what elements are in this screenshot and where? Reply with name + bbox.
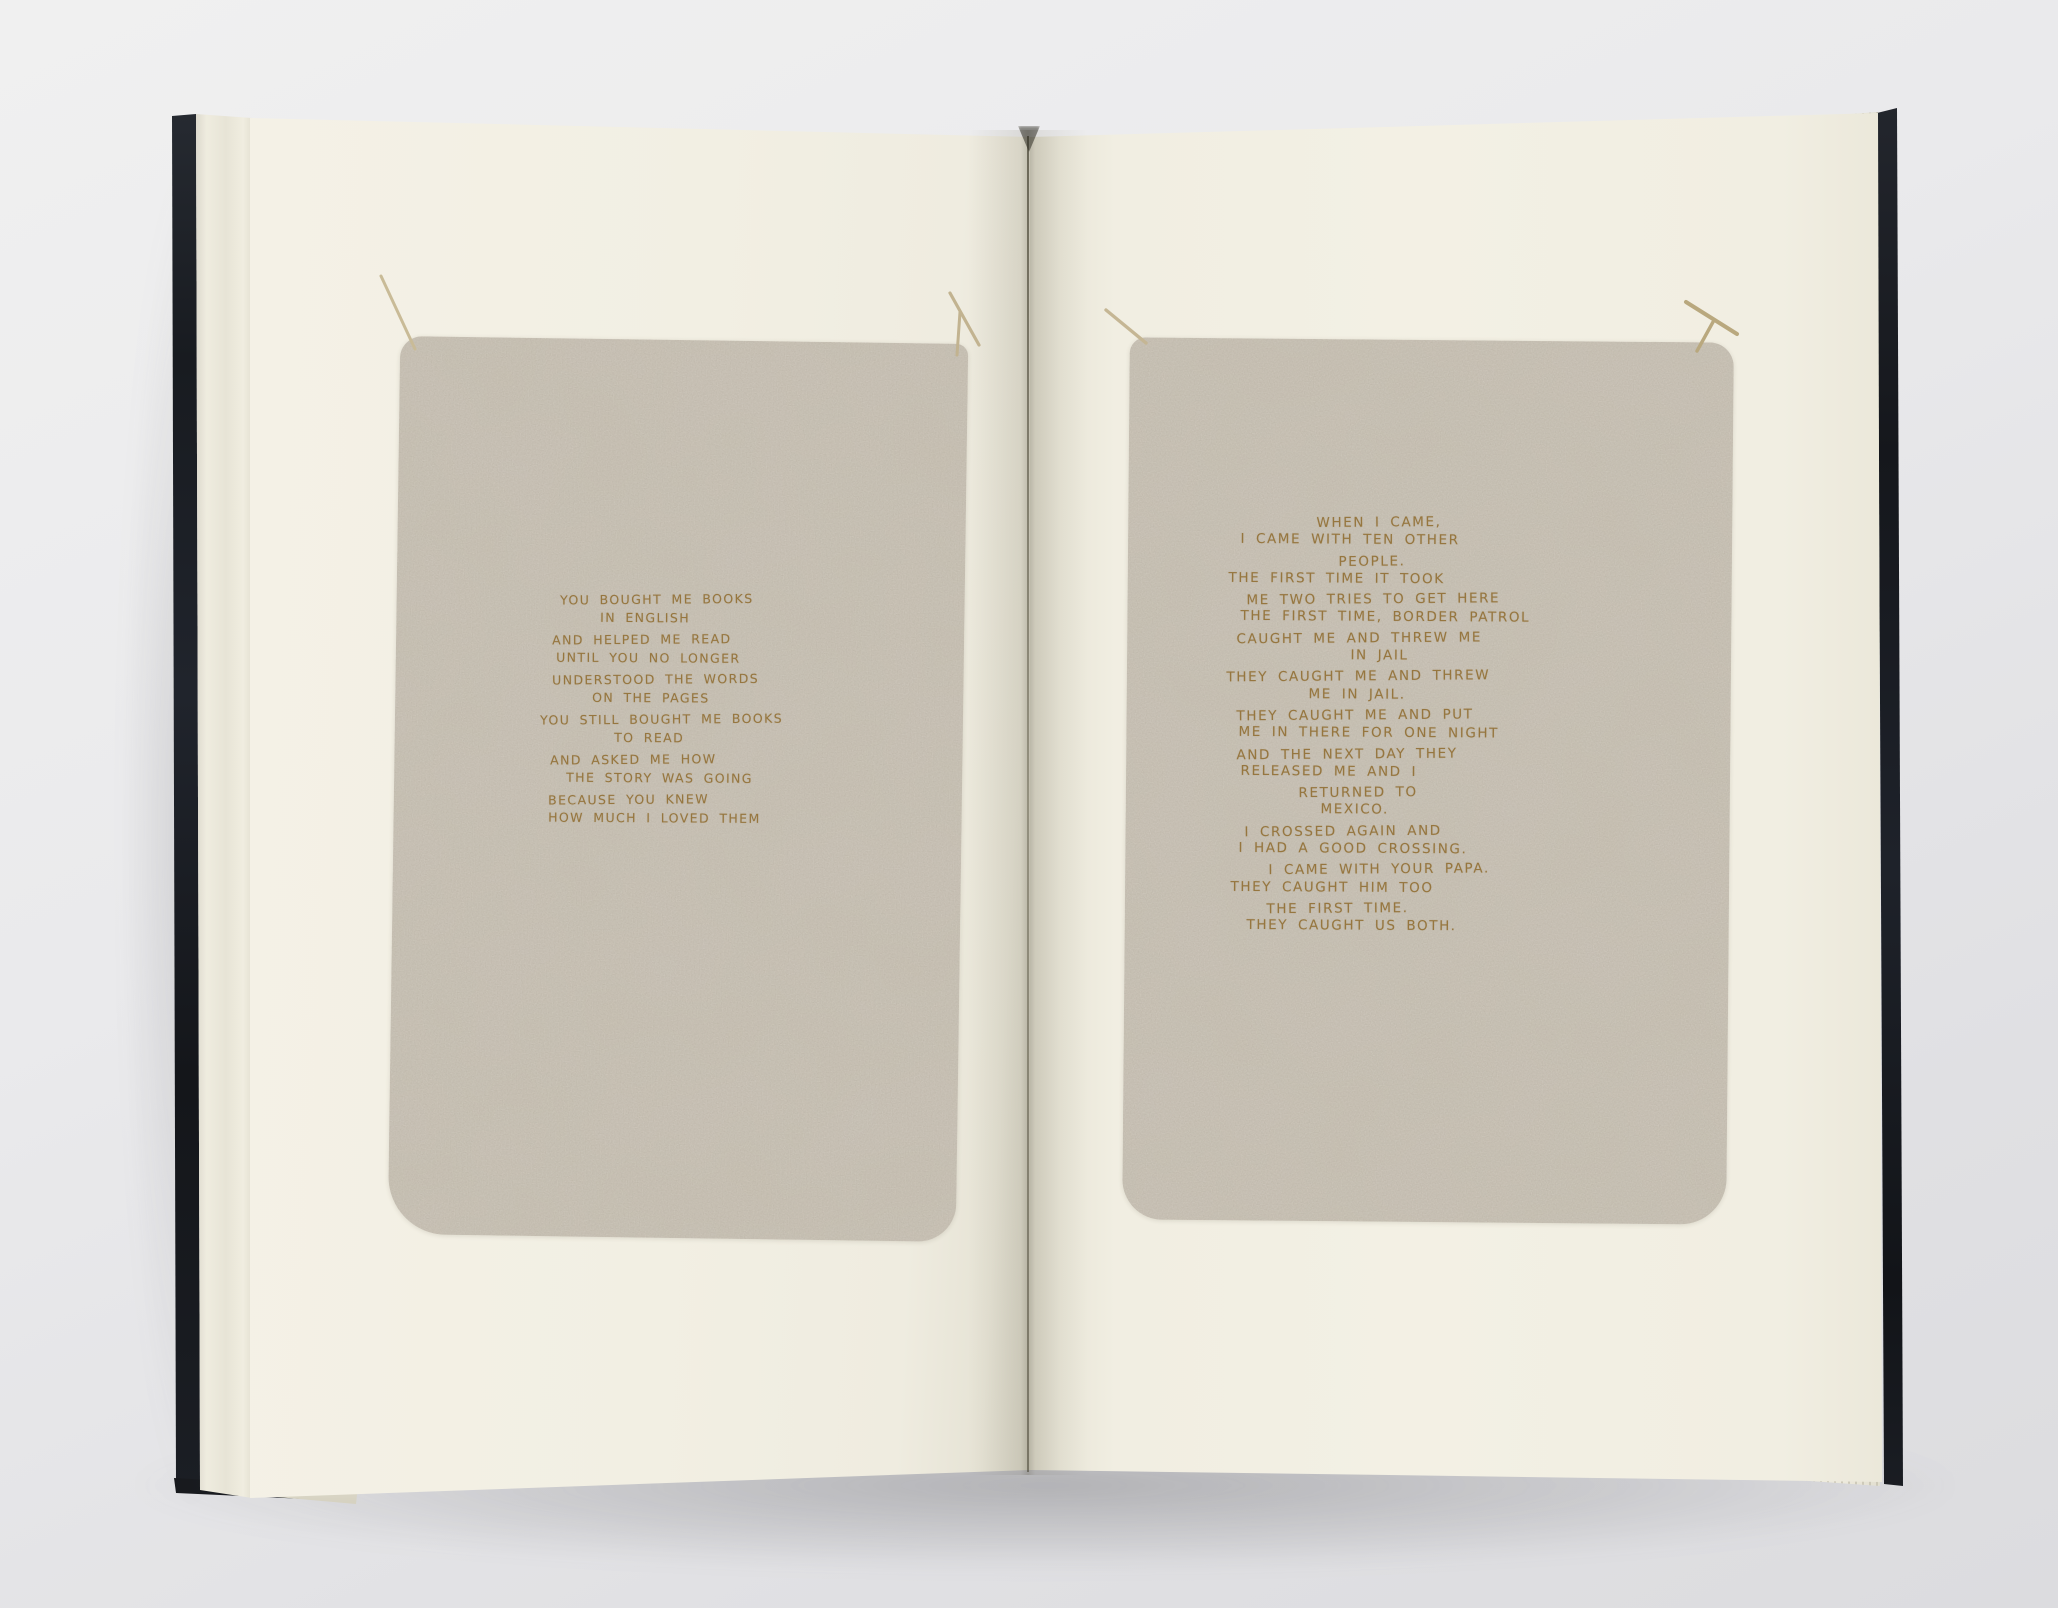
pinned-note-right: When I came, I came with ten other peopl… — [1122, 337, 1734, 1224]
handwritten-line: the story was going — [566, 768, 955, 790]
handwritten-line: and helped me read — [552, 627, 955, 650]
handwritten-line: you still bought me books — [540, 707, 955, 730]
handwritten-line: I came with your papa. — [1268, 858, 1723, 881]
handwritten-line: until you no longer — [556, 648, 955, 670]
handwritten-line: how much I loved them — [548, 808, 955, 830]
handwritten-poem-left: You bought me books in English and helpe… — [535, 589, 955, 829]
handwritten-line: on the pages — [592, 688, 955, 710]
handwritten-line: They caught us both. — [1246, 916, 1723, 938]
handwritten-line: caught me and threw me — [1236, 626, 1723, 649]
handwritten-poem-right: When I came, I came with ten other peopl… — [1223, 512, 1723, 937]
photo-of-open-book: You bought me books in English and helpe… — [0, 0, 2058, 1608]
handwritten-line: people. — [1338, 549, 1723, 571]
handwritten-line: they caught me and threw — [1226, 665, 1723, 688]
handwritten-line: in English — [600, 608, 955, 630]
page-stack-left-edge — [194, 110, 252, 1502]
handwritten-line: to read — [614, 728, 955, 750]
book-gutter-line — [1027, 136, 1029, 1472]
handwritten-line: I came with ten other — [1240, 530, 1723, 552]
handwritten-line: because you knew — [548, 787, 955, 810]
pinned-note-left: You bought me books in English and helpe… — [388, 336, 968, 1242]
